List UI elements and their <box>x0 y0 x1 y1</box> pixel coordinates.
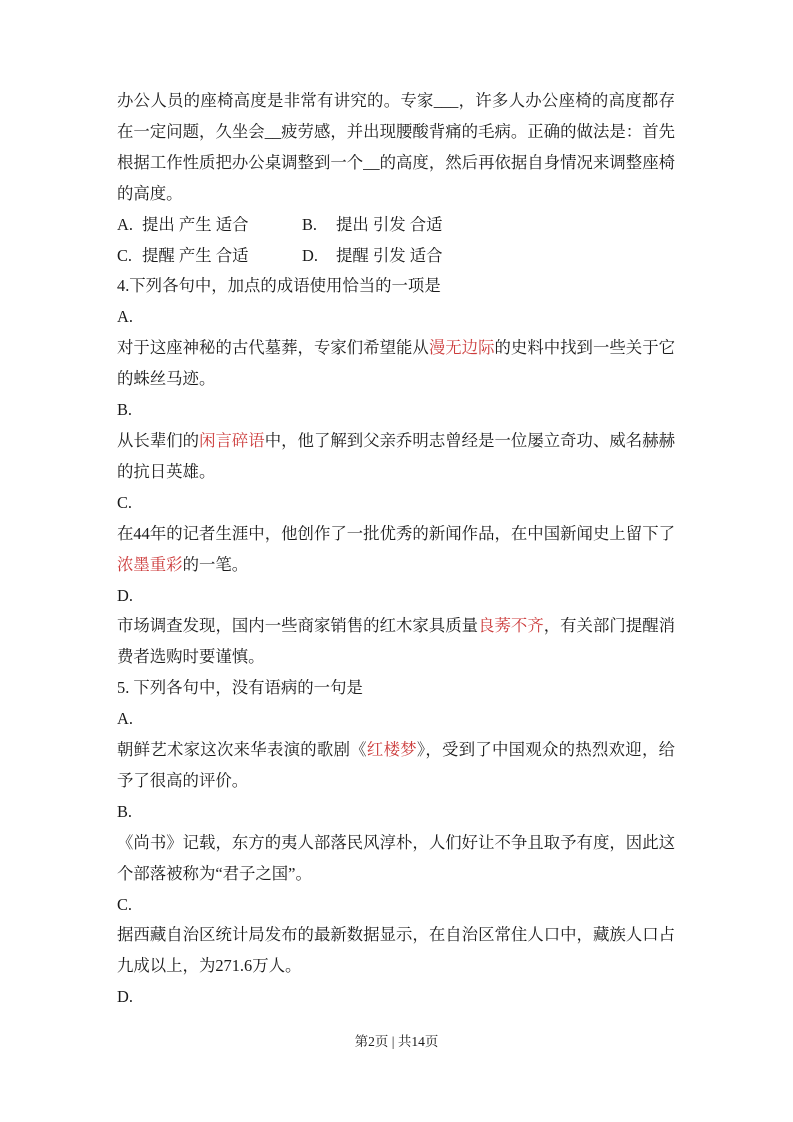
q5-option-c-label: C. <box>117 890 675 921</box>
q4-option-a-text: 对于这座神秘的古代墓葬，专家们希望能从漫无边际的史料中找到一些关于它的蛛丝马迹。 <box>117 333 675 395</box>
q3-passage: 办公人员的座椅高度是非常有讲究的。专家___，许多人办公座椅的高度都存在一定问题… <box>117 86 675 210</box>
q3-options-row-1: A.提出 产生 适合 B.提出 引发 合适 <box>117 210 675 241</box>
option-label: D. <box>302 241 336 272</box>
text-run: 《尚书》记载，东方的夷人部落民风淳朴，人们好让不争且取予有度，因此这个部落被称为… <box>117 833 675 883</box>
text-run: 在44年的记者生涯中，他创作了一批优秀的新闻作品，在中国新闻史上留下了 <box>117 524 675 543</box>
q3-option-b: B.提出 引发 合适 <box>302 210 675 241</box>
option-label: A. <box>117 210 142 241</box>
option-text: 提醒 产生 合适 <box>142 246 249 265</box>
q4-option-d-text: 市场调查发现，国内一些商家销售的红木家具质量良莠不齐，有关部门提醒消费者选购时要… <box>117 611 675 673</box>
text-run: 的一笔。 <box>183 555 249 574</box>
q4-option-b-text: 从长辈们的闲言碎语中，他了解到父亲乔明志曾经是一位屡立奇功、威名赫赫的抗日英雄。 <box>117 426 675 488</box>
q5-option-b-label: B. <box>117 797 675 828</box>
text-run: 市场调查发现，国内一些商家销售的红木家具质量 <box>117 616 478 635</box>
text-run: 据西藏自治区统计局发布的最新数据显示，在自治区常住人口中，藏族人口占九成以上，为… <box>117 925 675 975</box>
q3-option-a: A.提出 产生 适合 <box>117 210 302 241</box>
text-run: 办公人员的座椅高度是非常有讲究的。专家___，许多人办公座椅的高度都存在一定问题… <box>117 91 675 203</box>
q4-option-b-label: B. <box>117 395 675 426</box>
document-content: 办公人员的座椅高度是非常有讲究的。专家___，许多人办公座椅的高度都存在一定问题… <box>117 86 675 1013</box>
q4-option-a-label: A. <box>117 302 675 333</box>
q5-stem: 5. 下列各句中，没有语病的一句是 <box>117 673 675 704</box>
option-text: 提醒 引发 适合 <box>336 246 443 265</box>
q5-option-b-text: 《尚书》记载，东方的夷人部落民风淳朴，人们好让不争且取予有度，因此这个部落被称为… <box>117 828 675 890</box>
text-run: 从长辈们的 <box>117 431 199 450</box>
highlighted-idiom: 漫无边际 <box>429 338 495 357</box>
q5-option-c-text: 据西藏自治区统计局发布的最新数据显示，在自治区常住人口中，藏族人口占九成以上，为… <box>117 920 675 982</box>
option-text: 提出 产生 适合 <box>142 215 249 234</box>
q3-option-d: D.提醒 引发 适合 <box>302 241 675 272</box>
q4-option-c-label: C. <box>117 488 675 519</box>
highlighted-idiom: 浓墨重彩 <box>117 555 183 574</box>
highlighted-idiom: 红楼梦 <box>367 740 417 759</box>
q5-option-a-text: 朝鲜艺术家这次来华表演的歌剧《红楼梦》，受到了中国观众的热烈欢迎，给予了很高的评… <box>117 735 675 797</box>
q5-option-a-label: A. <box>117 704 675 735</box>
q4-option-c-text: 在44年的记者生涯中，他创作了一批优秀的新闻作品，在中国新闻史上留下了浓墨重彩的… <box>117 519 675 581</box>
q3-options-row-2: C.提醒 产生 合适 D.提醒 引发 适合 <box>117 241 675 272</box>
q4-option-d-label: D. <box>117 581 675 612</box>
page-footer: 第2页 | 共14页 <box>0 1030 793 1050</box>
q3-option-c: C.提醒 产生 合适 <box>117 241 302 272</box>
option-label: B. <box>302 210 336 241</box>
text-run: 对于这座神秘的古代墓葬，专家们希望能从 <box>117 338 429 357</box>
option-text: 提出 引发 合适 <box>336 215 443 234</box>
option-label: C. <box>117 241 142 272</box>
q5-option-d-label: D. <box>117 982 675 1013</box>
page-number: 第2页 | 共14页 <box>355 1034 439 1049</box>
q4-stem: 4.下列各句中，加点的成语使用恰当的一项是 <box>117 271 675 302</box>
highlighted-idiom: 闲言碎语 <box>199 431 265 450</box>
text-run: 朝鲜艺术家这次来华表演的歌剧《 <box>117 740 367 759</box>
document-page: 办公人员的座椅高度是非常有讲究的。专家___，许多人办公座椅的高度都存在一定问题… <box>0 0 793 1122</box>
highlighted-idiom: 良莠不齐 <box>478 616 544 635</box>
